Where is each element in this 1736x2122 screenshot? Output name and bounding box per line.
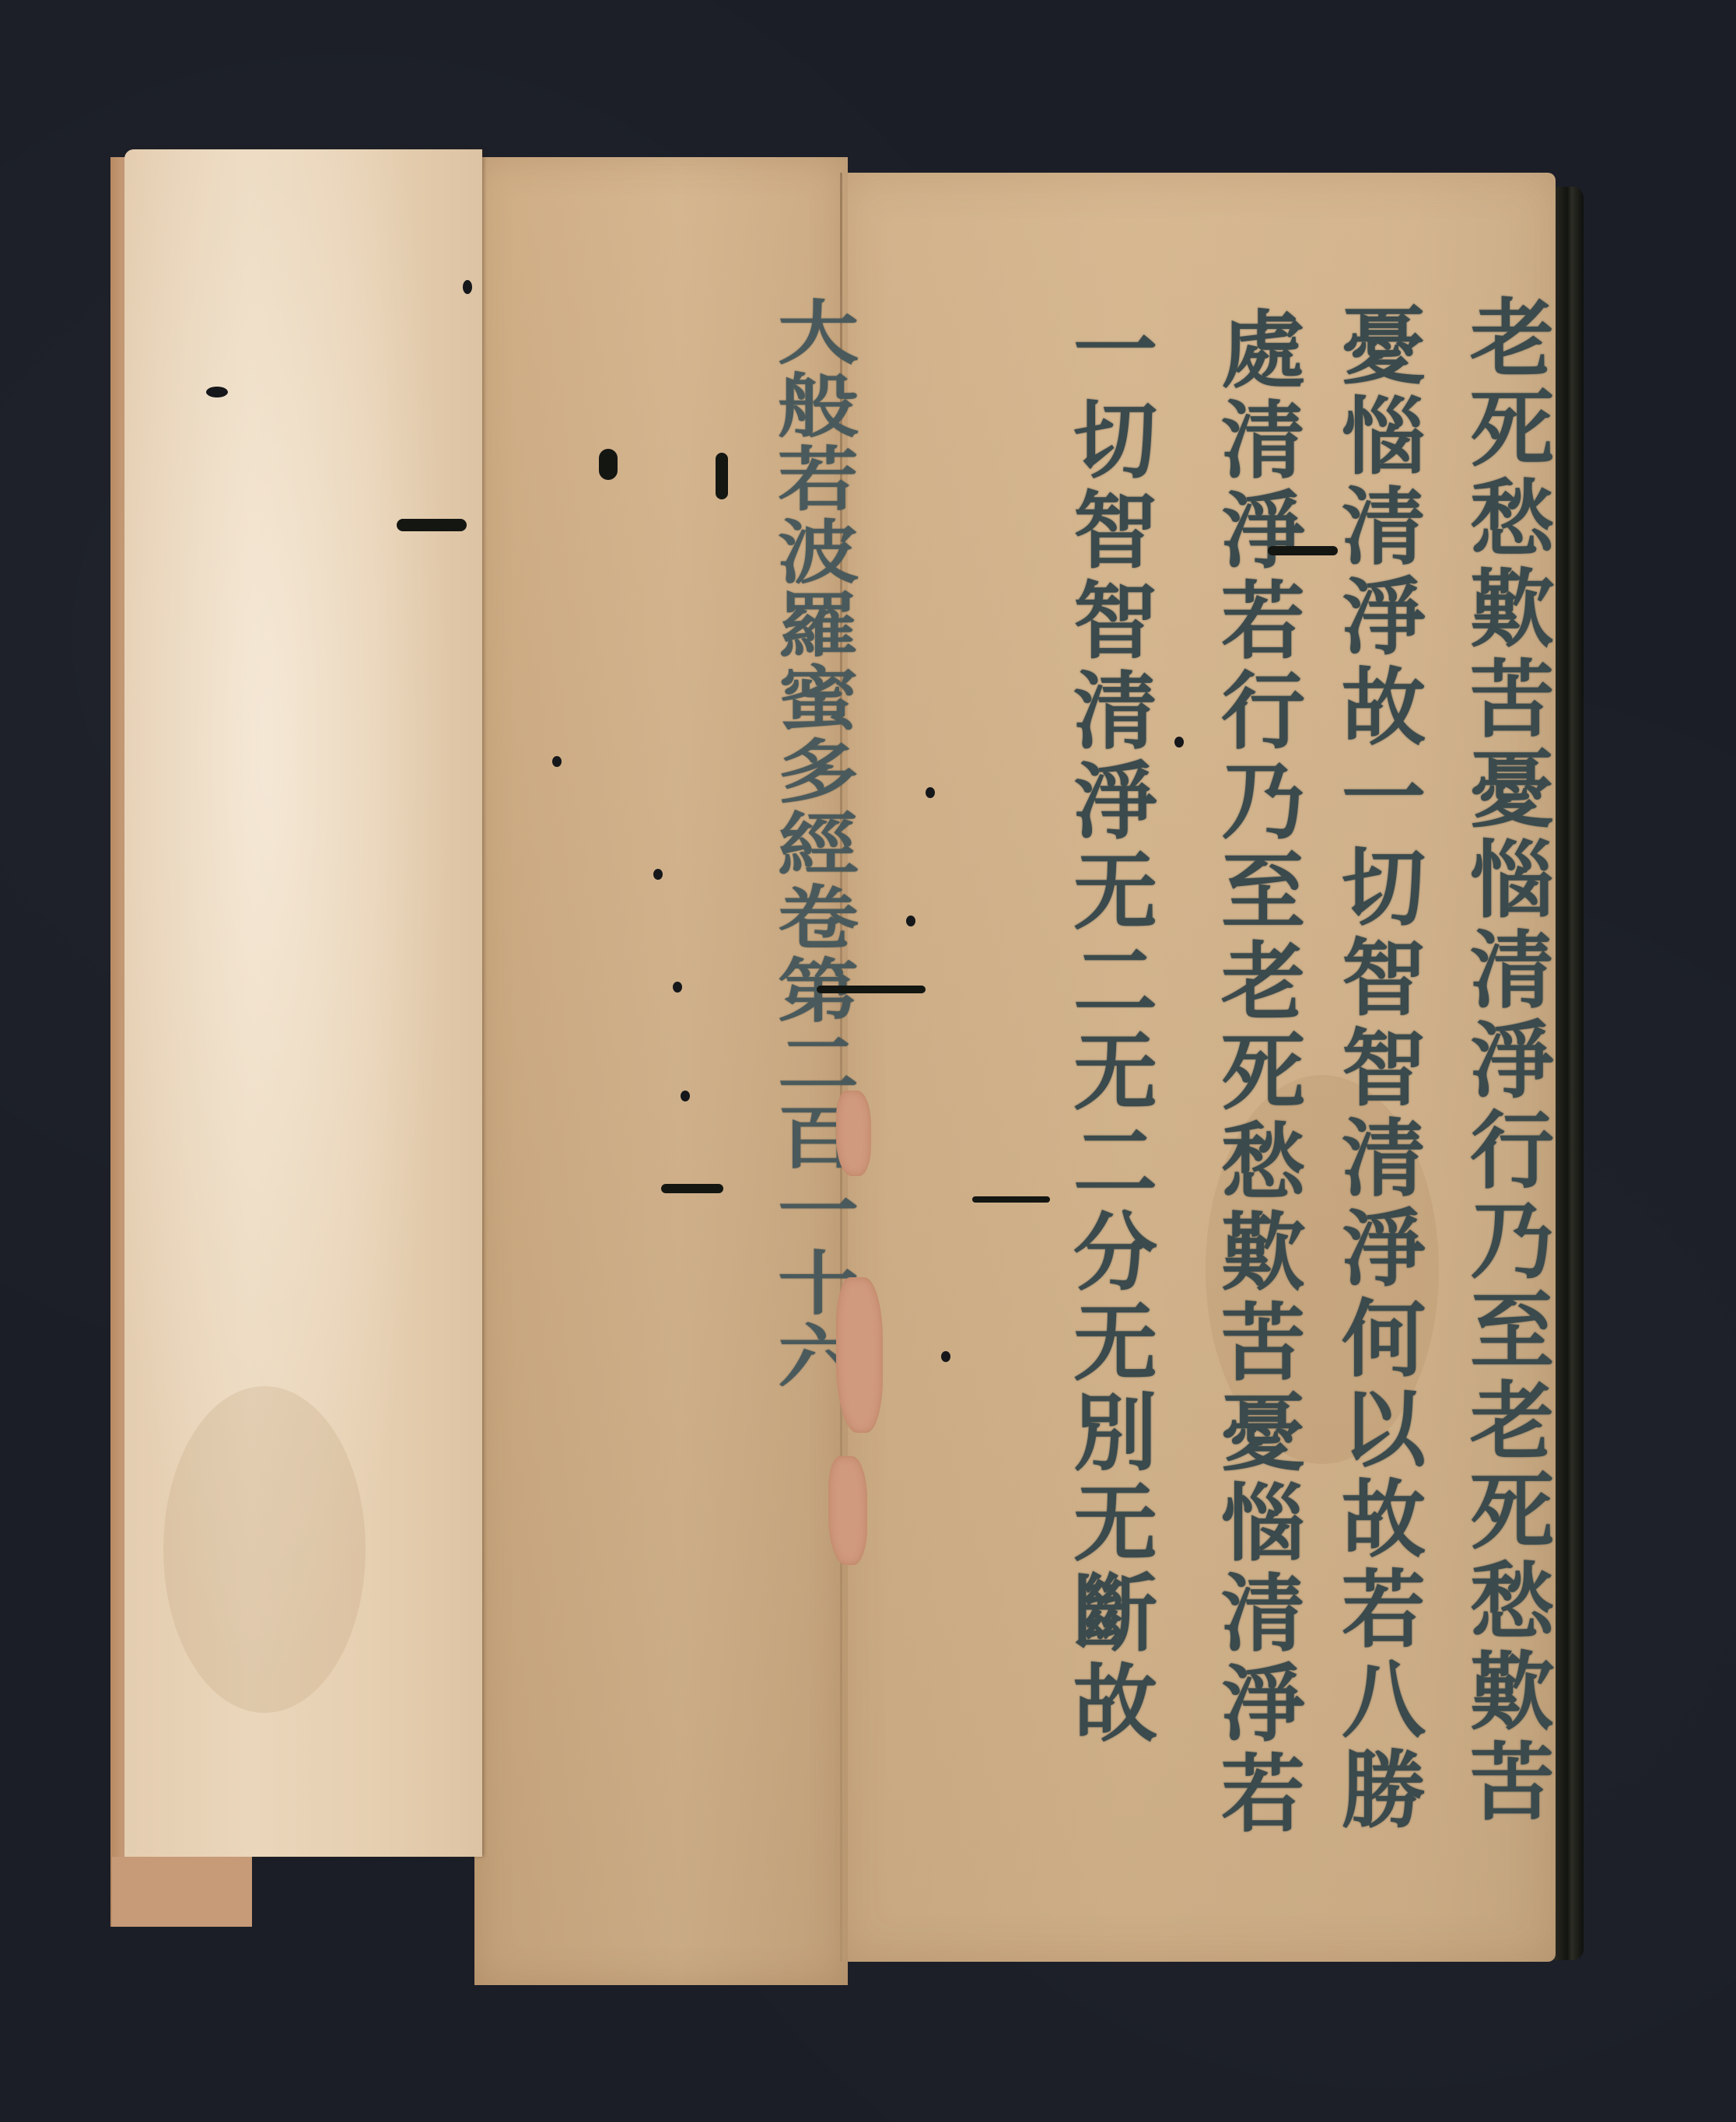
text-glyph: 分	[1073, 1211, 1157, 1301]
title-glyph: 蜜	[778, 664, 859, 727]
text-glyph: 愁	[1221, 1121, 1305, 1211]
text-glyph: 歎	[1221, 1211, 1305, 1301]
sutra-title-column: 大般若波羅蜜多經卷第二百一十六	[778, 293, 859, 1390]
text-glyph: 行	[1221, 670, 1305, 760]
text-glyph: 苦	[1470, 658, 1554, 748]
text-glyph: 淨	[1073, 760, 1157, 850]
text-glyph: 乃	[1221, 760, 1305, 850]
text-glyph: 若	[1221, 580, 1305, 670]
text-glyph: 乃	[1470, 1199, 1554, 1290]
text-glyph: 苦	[1221, 1301, 1305, 1392]
worm-track	[661, 1184, 723, 1193]
wormhole	[653, 869, 663, 880]
text-glyph: 憂	[1470, 748, 1554, 839]
text-glyph: 何	[1342, 1297, 1426, 1388]
page-stack-edge	[1554, 187, 1584, 1960]
text-glyph: 清	[1342, 485, 1426, 576]
text-glyph: 惱	[1470, 839, 1554, 929]
text-glyph: 憂	[1342, 305, 1426, 395]
wormhole	[681, 1091, 690, 1101]
text-glyph: 淨	[1342, 576, 1426, 666]
text-glyph: 惱	[1342, 395, 1426, 485]
repair-patch	[828, 1456, 867, 1565]
text-glyph: 淨	[1470, 1019, 1554, 1109]
text-glyph: 无	[1073, 1031, 1157, 1121]
text-glyph: 故	[1342, 1478, 1426, 1568]
wormhole	[941, 1351, 950, 1362]
title-glyph: 多	[778, 737, 859, 800]
worm-track	[397, 519, 467, 531]
right-page	[840, 173, 1556, 1962]
text-column-2: 憂惱清淨故一切智智清淨何以故若八勝	[1342, 305, 1426, 1839]
text-glyph: 故	[1073, 1662, 1157, 1753]
text-glyph: 勝	[1342, 1749, 1426, 1839]
wormhole	[906, 916, 915, 926]
text-glyph: 二	[1073, 1121, 1157, 1211]
wormhole	[673, 982, 682, 993]
text-glyph: 清	[1221, 399, 1305, 489]
worm-track	[817, 986, 926, 993]
worm-track	[1268, 546, 1338, 555]
text-glyph: 无	[1073, 1482, 1157, 1572]
text-glyph: 清	[1470, 929, 1554, 1019]
manuscript-book: 老死愁歎苦憂惱清淨行乃至老死愁歎苦 憂惱清淨故一切智智清淨何以故若八勝 處清淨若…	[117, 142, 1579, 2008]
title-glyph: 般	[778, 372, 859, 435]
wormhole	[1174, 737, 1184, 748]
text-glyph: 若	[1342, 1568, 1426, 1658]
text-glyph: 至	[1221, 850, 1305, 940]
text-glyph: 死	[1221, 1031, 1305, 1121]
title-glyph: 經	[778, 811, 859, 874]
text-glyph: 一	[1342, 756, 1426, 846]
title-glyph: 二	[778, 1030, 859, 1093]
text-glyph: 淨	[1342, 1207, 1426, 1297]
text-glyph: 愁	[1470, 1560, 1554, 1651]
text-glyph: 死	[1470, 1470, 1554, 1560]
text-glyph: 老	[1470, 297, 1554, 387]
text-glyph: 淨	[1221, 1662, 1305, 1753]
text-glyph: 无	[1073, 850, 1157, 940]
text-glyph: 愁	[1470, 478, 1554, 568]
text-glyph: 以	[1342, 1388, 1426, 1478]
text-glyph: 八	[1342, 1658, 1426, 1749]
text-glyph: 惱	[1221, 1482, 1305, 1572]
text-glyph: 苦	[1470, 1741, 1554, 1831]
text-column-4: 一切智智清淨无二无二分无別无斷故	[1073, 309, 1157, 1753]
flap-corner-tab	[112, 1857, 252, 1927]
text-glyph: 憂	[1221, 1392, 1305, 1482]
repair-patch	[836, 1277, 883, 1433]
text-glyph: 智	[1342, 937, 1426, 1027]
text-glyph: 別	[1073, 1392, 1157, 1482]
text-glyph: 歎	[1470, 568, 1554, 658]
wormhole	[206, 387, 228, 397]
title-glyph: 卷	[778, 884, 859, 947]
title-glyph: 波	[778, 518, 859, 581]
title-glyph: 羅	[778, 591, 859, 654]
text-glyph: 智	[1073, 580, 1157, 670]
text-glyph: 歎	[1470, 1651, 1554, 1741]
wormhole	[552, 756, 562, 767]
text-glyph: 清	[1342, 1117, 1426, 1207]
worm-track	[716, 453, 728, 499]
text-glyph: 二	[1073, 940, 1157, 1031]
text-glyph: 无	[1073, 1301, 1157, 1392]
worm-track	[972, 1196, 1050, 1203]
text-glyph: 切	[1342, 846, 1426, 937]
text-glyph: 死	[1470, 387, 1554, 478]
title-glyph: 一	[778, 1176, 859, 1239]
text-glyph: 切	[1073, 399, 1157, 489]
title-glyph: 若	[778, 445, 859, 508]
text-glyph: 若	[1221, 1753, 1305, 1843]
title-glyph: 大	[778, 299, 859, 362]
text-glyph: 老	[1221, 940, 1305, 1031]
text-glyph: 清	[1221, 1572, 1305, 1662]
repair-patch	[836, 1091, 871, 1176]
text-column-3: 處清淨若行乃至老死愁歎苦憂惱清淨若	[1221, 309, 1305, 1843]
text-glyph: 行	[1470, 1109, 1554, 1199]
water-stain	[163, 1386, 366, 1713]
text-glyph: 斷	[1073, 1572, 1157, 1662]
text-glyph: 淨	[1221, 489, 1305, 580]
text-column-1: 老死愁歎苦憂惱清淨行乃至老死愁歎苦	[1470, 297, 1554, 1831]
text-glyph: 處	[1221, 309, 1305, 399]
wormhole	[926, 787, 935, 798]
text-glyph: 智	[1342, 1027, 1426, 1117]
text-glyph: 智	[1073, 489, 1157, 580]
text-glyph: 故	[1342, 666, 1426, 756]
worm-track	[599, 449, 618, 480]
text-glyph: 老	[1470, 1380, 1554, 1470]
text-glyph: 一	[1073, 309, 1157, 399]
wormhole	[463, 280, 472, 294]
text-glyph: 至	[1470, 1290, 1554, 1380]
text-glyph: 清	[1073, 670, 1157, 760]
